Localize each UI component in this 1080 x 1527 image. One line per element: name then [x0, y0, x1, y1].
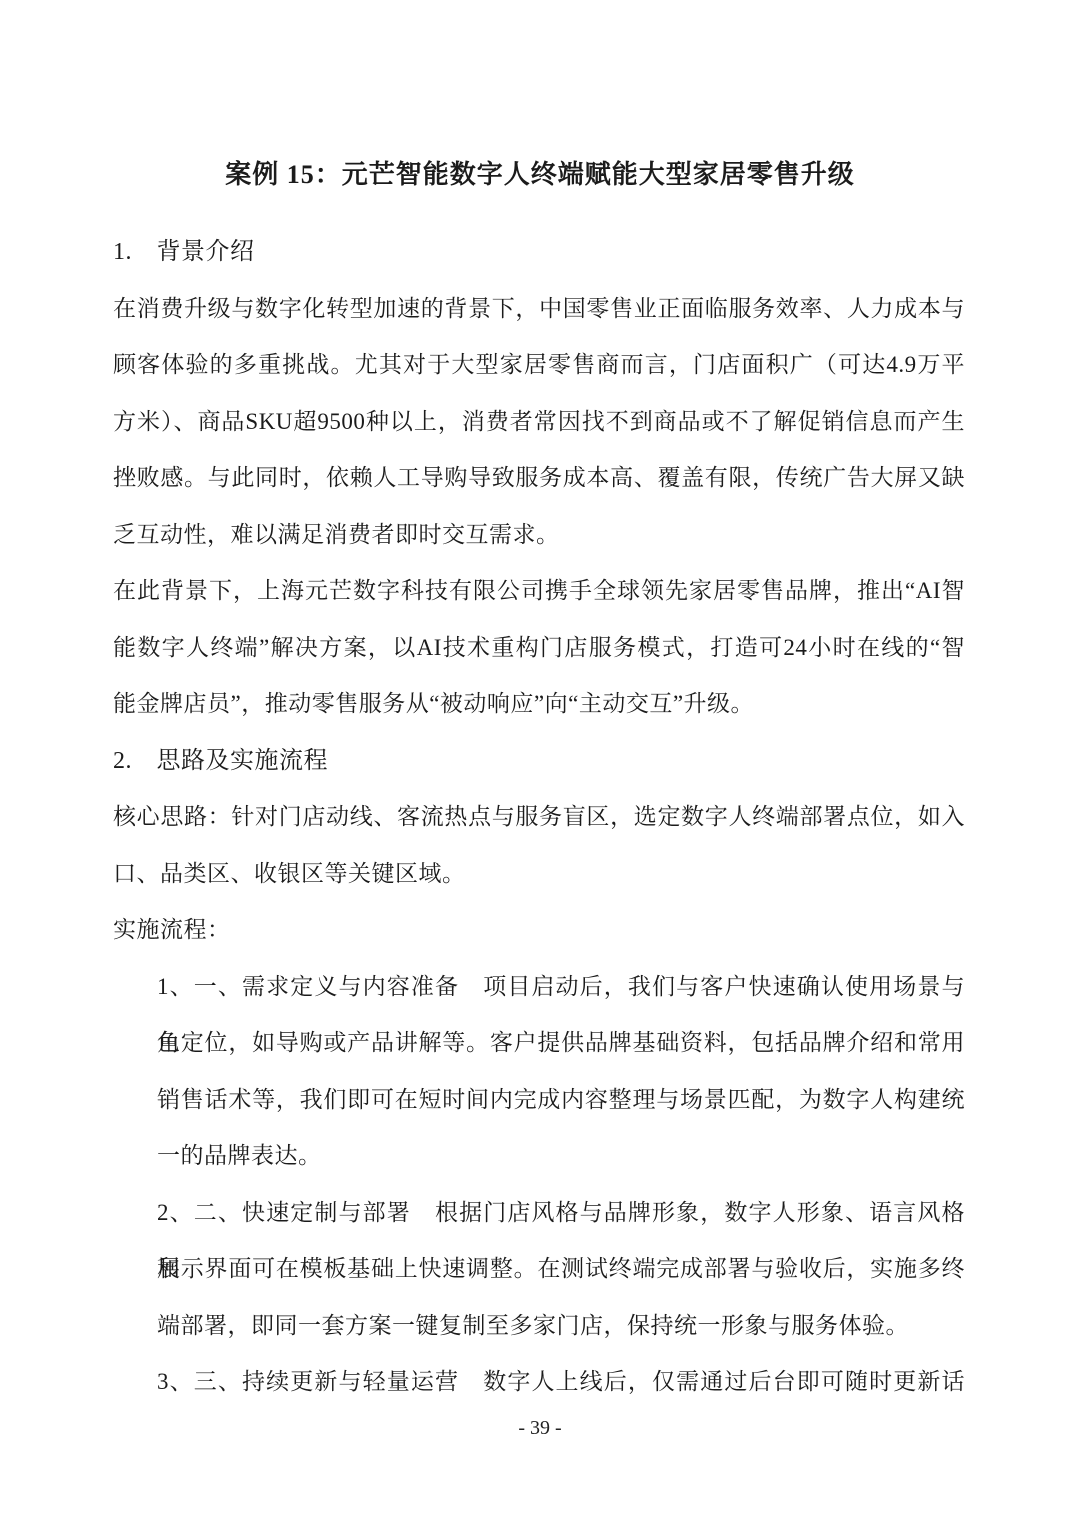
paragraph-line: 核心思路：针对门店动线、客流热点与服务盲区，选定数字人终端部署点位，如入	[113, 789, 965, 846]
step2-line: 端部署，即同一套方案一键复制至多家门店，保持统一形象与服务体验。	[113, 1298, 965, 1355]
step1-line: 色定位，如导购或产品讲解等。客户提供品牌基础资料，包括品牌介绍和常用	[113, 1015, 965, 1072]
section-heading-background: 1. 背景介绍	[113, 224, 965, 281]
page-number: - 39 -	[0, 1415, 1080, 1441]
section-heading-process: 2. 思路及实施流程	[113, 733, 965, 790]
step3-line: 3、三、持续更新与轻量运营 数字人上线后，仅需通过后台即可随时更新话	[113, 1354, 965, 1411]
paragraph-line: 口、品类区、收银区等关键区域。	[113, 846, 965, 903]
doc-title: 案例 15：元芒智能数字人终端赋能大型家居零售升级	[0, 145, 1080, 205]
paragraph-line: 能数字人终端”解决方案，以AI技术重构门店服务模式，打造可24小时在线的“智	[113, 620, 965, 677]
paragraph-line: 能金牌店员”，推动零售服务从“被动响应”向“主动交互”升级。	[113, 676, 965, 733]
step1-line: 销售话术等，我们即可在短时间内完成内容整理与场景匹配，为数字人构建统	[113, 1072, 965, 1129]
paragraph-line: 方米）、商品SKU超9500种以上，消费者常因找不到商品或不了解促销信息而产生	[113, 394, 965, 451]
step2-line: 2、二、快速定制与部署 根据门店风格与品牌形象，数字人形象、语言风格和	[113, 1185, 965, 1242]
document-page: 案例 15：元芒智能数字人终端赋能大型家居零售升级 1. 背景介绍 在消费升级与…	[0, 0, 1080, 1527]
step1-line: 1、一、需求定义与内容准备 项目启动后，我们与客户快速确认使用场景与角	[113, 959, 965, 1016]
paragraph-line: 在此背景下，上海元芒数字科技有限公司携手全球领先家居零售品牌，推出“AI智	[113, 563, 965, 620]
doc-body: 1. 背景介绍 在消费升级与数字化转型加速的背景下，中国零售业正面临服务效率、人…	[113, 224, 965, 1411]
paragraph-line: 在消费升级与数字化转型加速的背景下，中国零售业正面临服务效率、人力成本与	[113, 281, 965, 338]
step1-line: 一的品牌表达。	[113, 1128, 965, 1185]
paragraph-line: 挫败感。与此同时，依赖人工导购导致服务成本高、覆盖有限，传统广告大屏又缺	[113, 450, 965, 507]
flow-label: 实施流程：	[113, 902, 965, 959]
step2-line: 展示界面可在模板基础上快速调整。在测试终端完成部署与验收后，实施多终	[113, 1241, 965, 1298]
paragraph-line: 顾客体验的多重挑战。尤其对于大型家居零售商而言，门店面积广（可达4.9万平	[113, 337, 965, 394]
paragraph-line: 乏互动性，难以满足消费者即时交互需求。	[113, 507, 965, 564]
